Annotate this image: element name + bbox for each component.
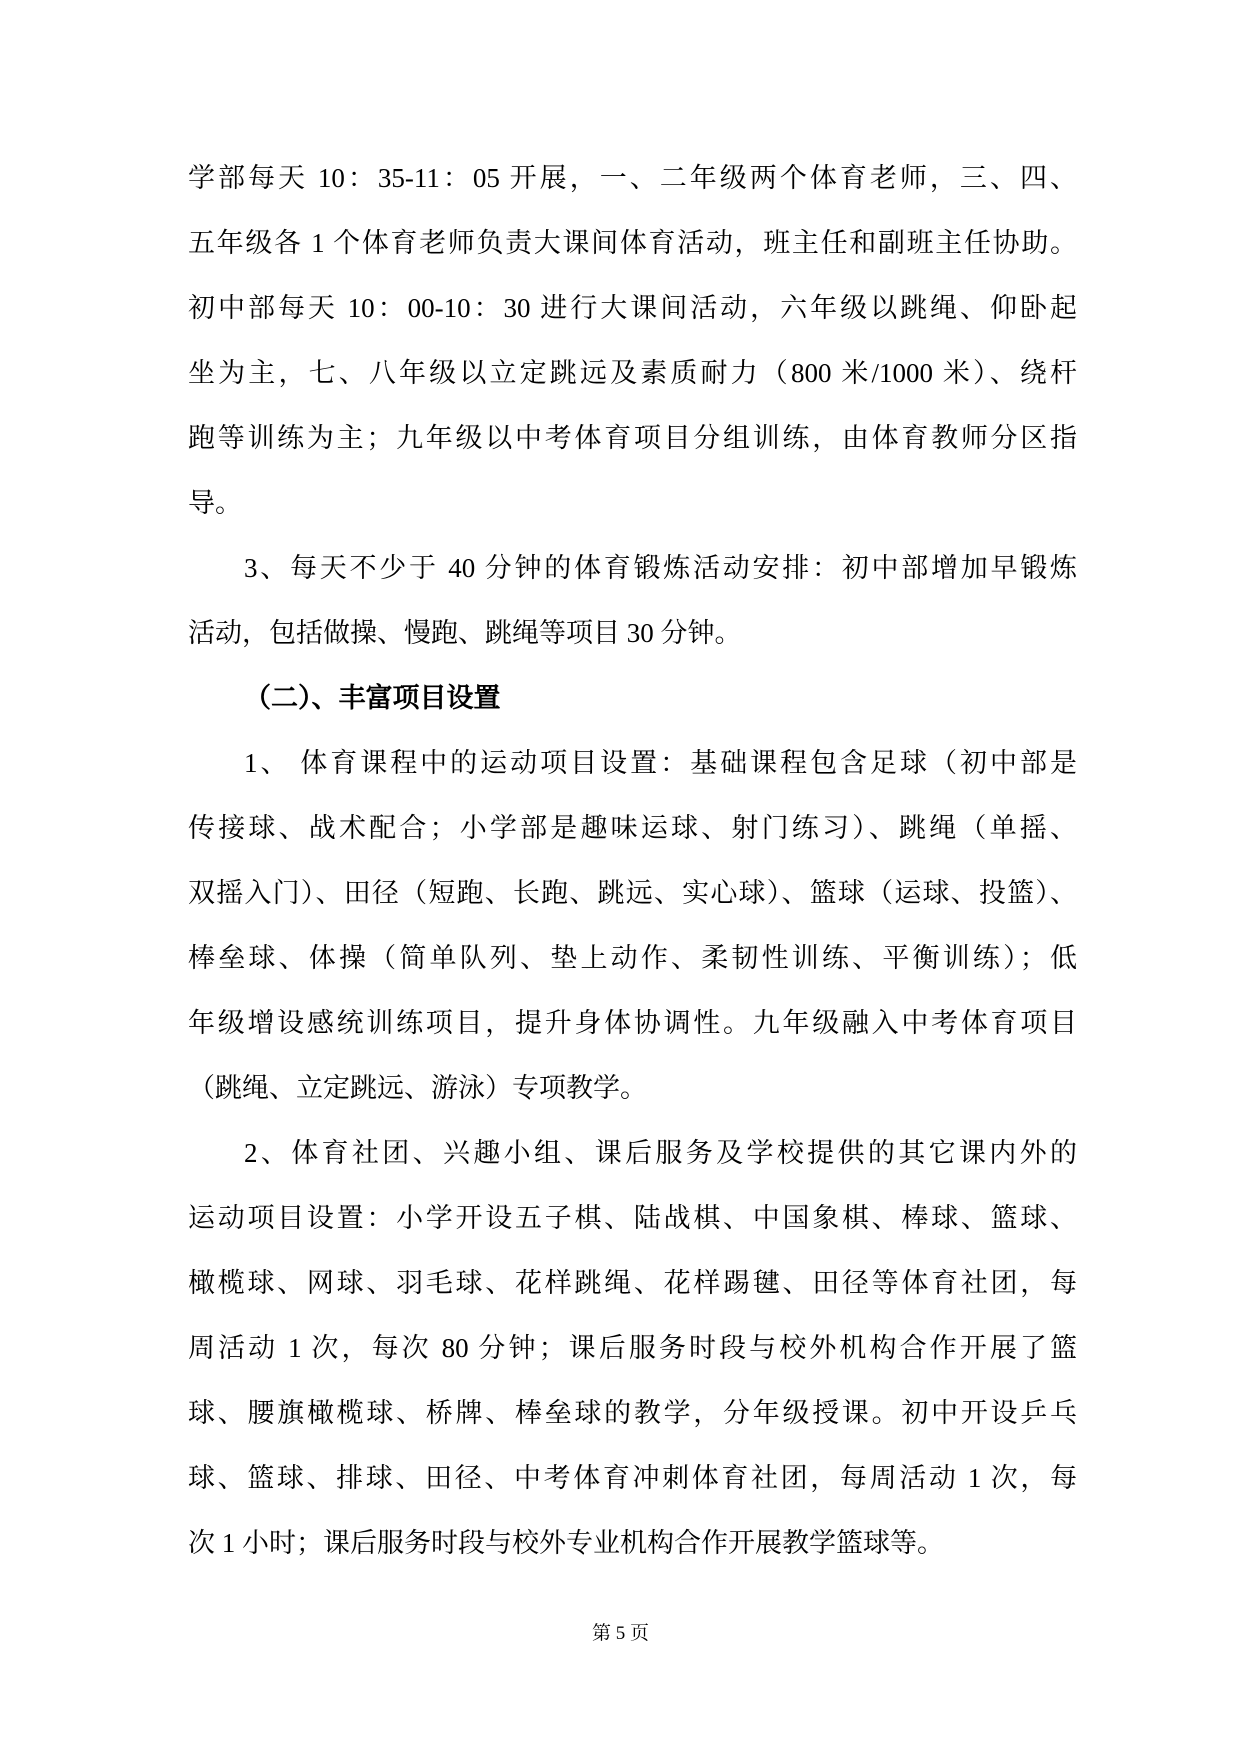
text-line: 坐为主，七、八年级以立定跳远及素质耐力（800 米/1000 米）、绕杆: [188, 341, 1077, 406]
text-line: 2、体育社团、兴趣小组、课后服务及学校提供的其它课内外的: [188, 1121, 1077, 1186]
text-line: （跳绳、立定跳远、游泳）专项教学。: [188, 1056, 1077, 1121]
text-line: 橄榄球、网球、羽毛球、花样跳绳、花样踢毽、田径等体育社团，每: [188, 1251, 1077, 1316]
document-body: 学部每天 10：35-11：05 开展，一、二年级两个体育老师，三、四、五年级各…: [188, 146, 1077, 1576]
text-line: 五年级各 1 个体育老师负责大课间体育活动，班主任和副班主任协助。: [188, 211, 1077, 276]
text-line: 导。: [188, 471, 1077, 536]
text-line: 次 1 小时；课后服务时段与校外专业机构合作开展教学篮球等。: [188, 1511, 1077, 1576]
text-line: 运动项目设置：小学开设五子棋、陆战棋、中国象棋、棒球、篮球、: [188, 1186, 1077, 1251]
text-line: 学部每天 10：35-11：05 开展，一、二年级两个体育老师，三、四、: [188, 146, 1077, 211]
page-footer: 第 5 页: [0, 1620, 1241, 1648]
text-line: 跑等训练为主；九年级以中考体育项目分组训练，由体育教师分区指: [188, 406, 1077, 471]
text-line: 初中部每天 10：00-10：30 进行大课间活动，六年级以跳绳、仰卧起: [188, 276, 1077, 341]
text-line: 双摇入门）、田径（短跑、长跑、跳远、实心球）、篮球（运球、投篮）、: [188, 861, 1077, 926]
text-line: 活动，包括做操、慢跑、跳绳等项目 30 分钟。: [188, 601, 1077, 666]
text-line: 1、 体育课程中的运动项目设置：基础课程包含足球（初中部是: [188, 731, 1077, 796]
text-line: 周活动 1 次，每次 80 分钟；课后服务时段与校外机构合作开展了篮: [188, 1316, 1077, 1381]
text-line: 3、每天不少于 40 分钟的体育锻炼活动安排：初中部增加早锻炼: [188, 536, 1077, 601]
text-line: 年级增设感统训练项目，提升身体协调性。九年级融入中考体育项目: [188, 991, 1077, 1056]
section-heading: （二）、丰富项目设置: [188, 666, 1077, 731]
text-line: 球、腰旗橄榄球、桥牌、棒垒球的教学，分年级授课。初中开设乒乓: [188, 1381, 1077, 1446]
page-number: 第 5 页: [592, 1623, 649, 1644]
text-line: 球、篮球、排球、田径、中考体育冲刺体育社团，每周活动 1 次，每: [188, 1446, 1077, 1511]
text-line: 棒垒球、体操（简单队列、垫上动作、柔韧性训练、平衡训练）；低: [188, 926, 1077, 991]
document-page: 学部每天 10：35-11：05 开展，一、二年级两个体育老师，三、四、五年级各…: [0, 0, 1241, 1754]
text-line: 传接球、战术配合；小学部是趣味运球、射门练习）、跳绳（单摇、: [188, 796, 1077, 861]
